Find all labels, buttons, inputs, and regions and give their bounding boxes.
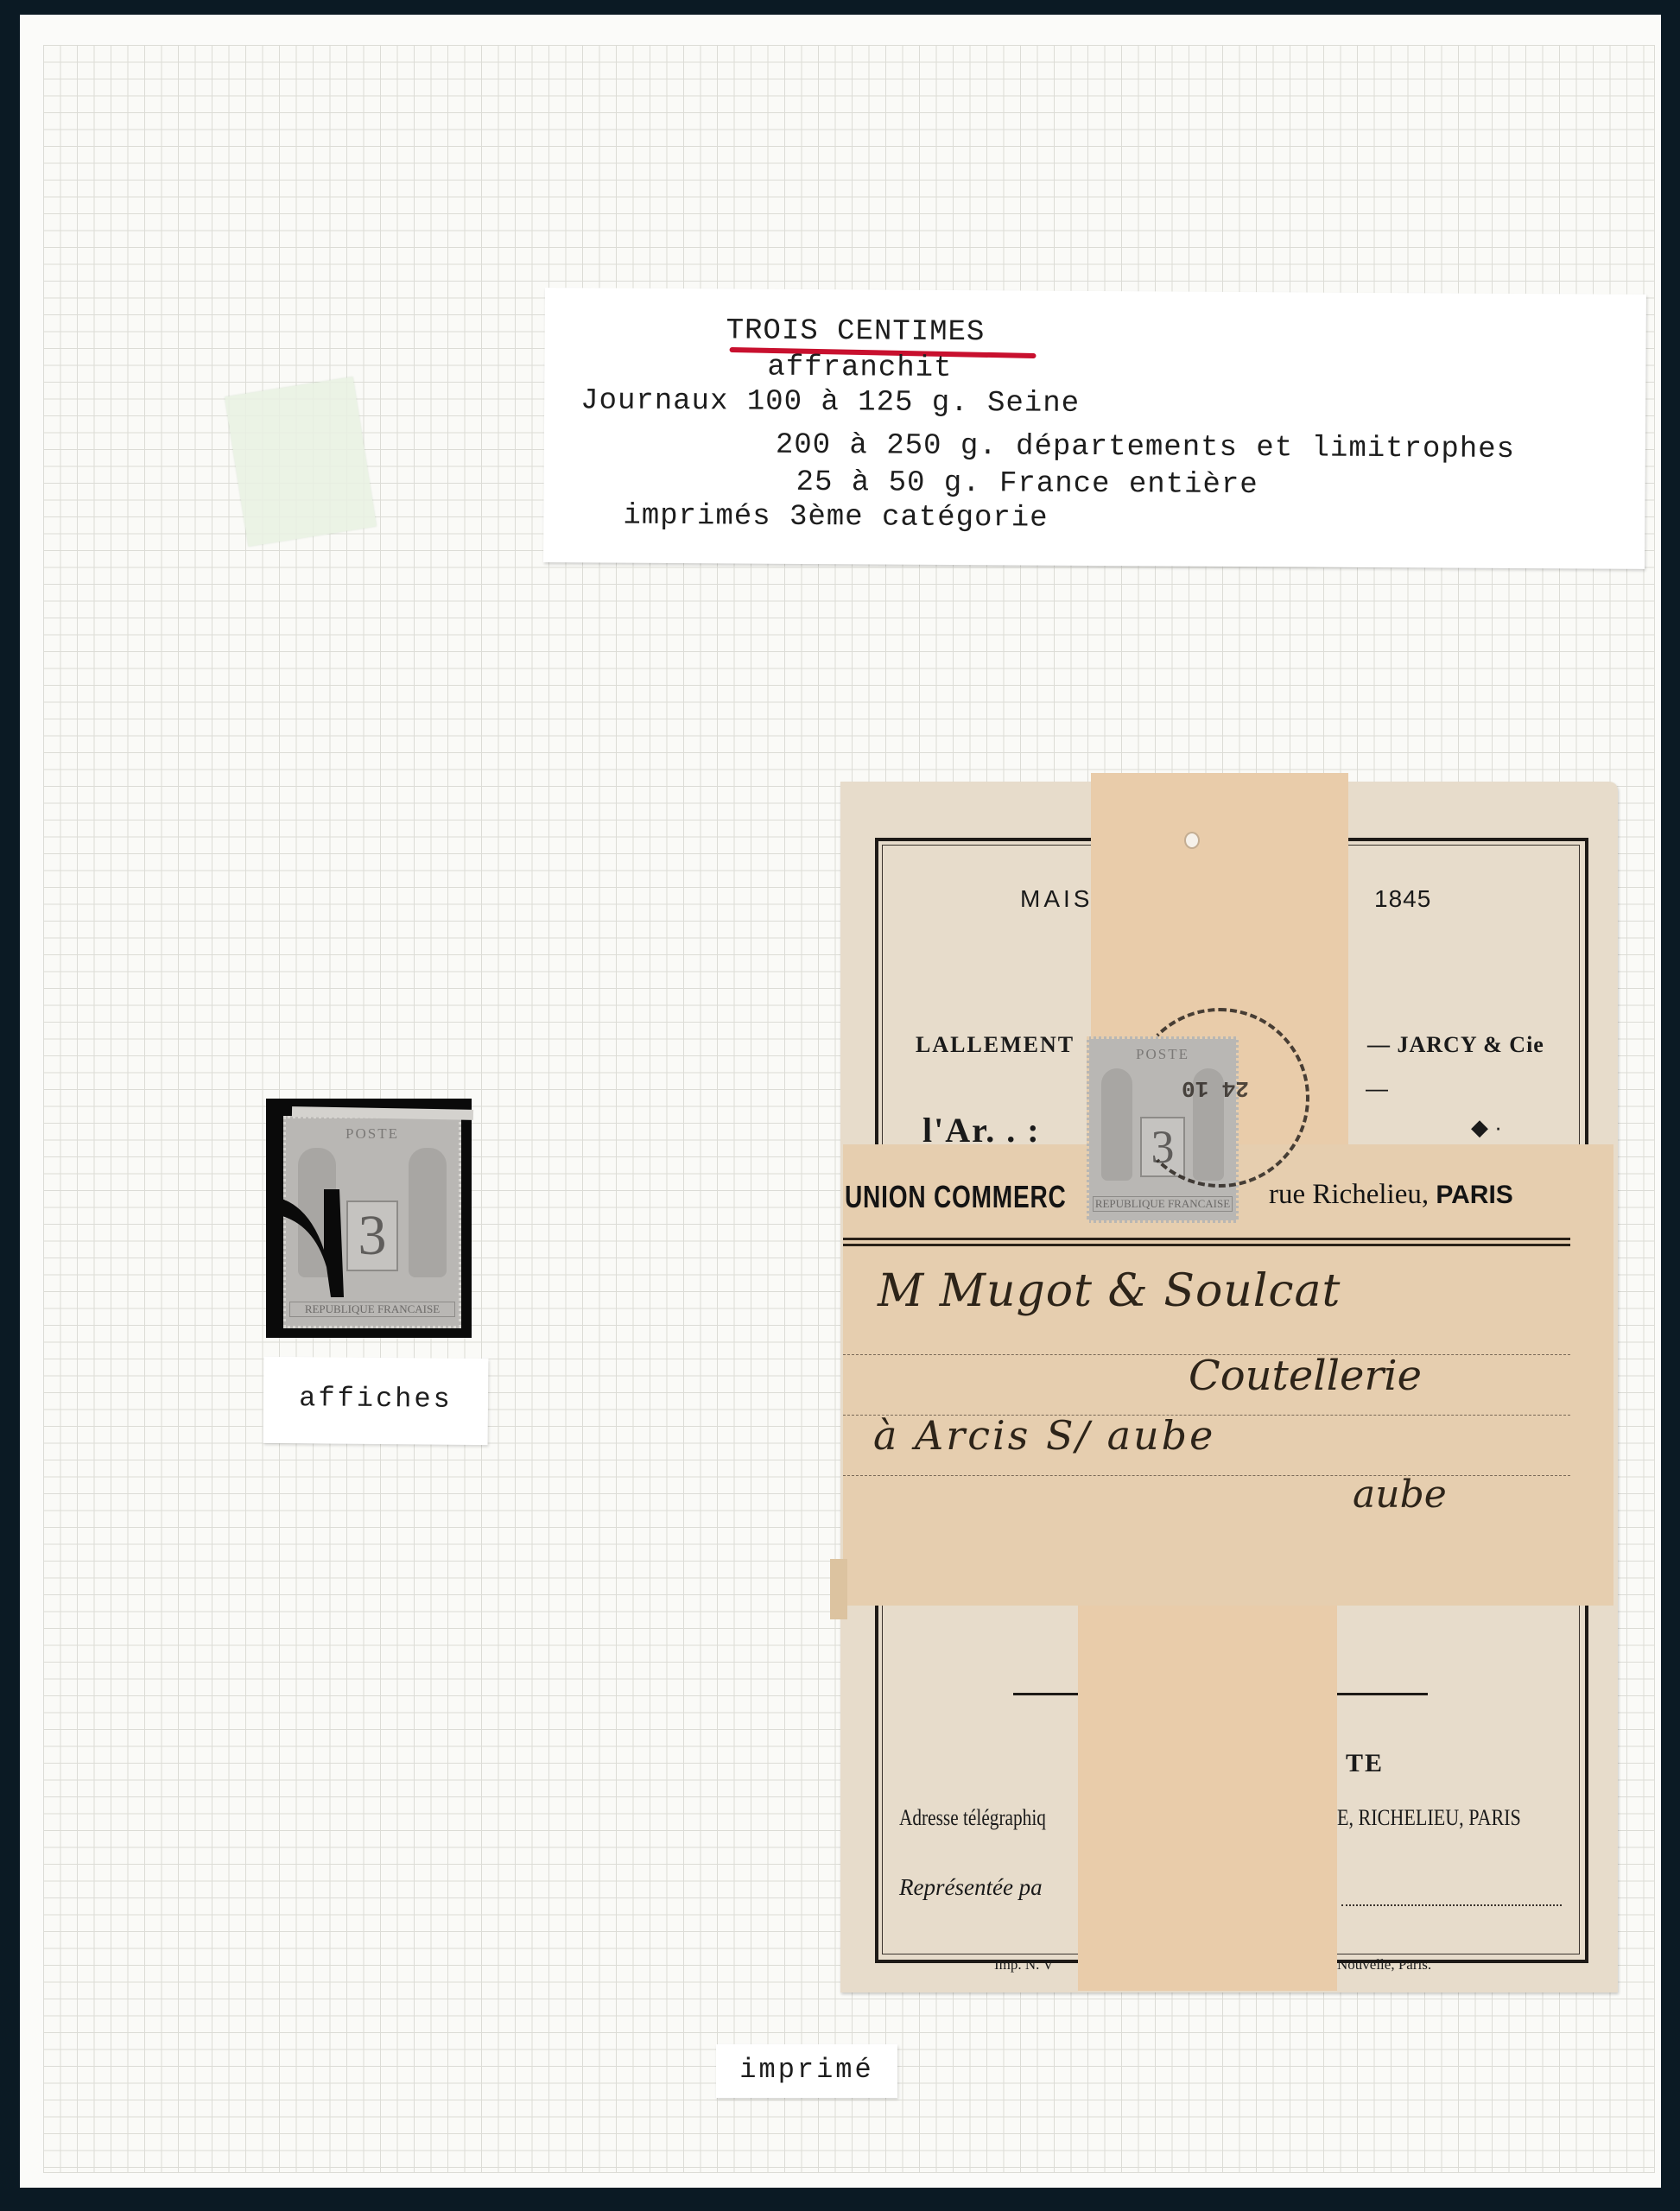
label-affiches: affiches (263, 1357, 489, 1445)
postmark-date: 24 10 (1182, 1075, 1249, 1101)
cancel-mark-icon (279, 1189, 365, 1310)
card-header-year: 1845 (1374, 885, 1431, 913)
wrapper-rule (843, 1244, 1570, 1246)
document-card: MAIS 1845 LALLEMENT — JARCY & Cie — l'Ar… (840, 782, 1618, 1992)
stamp-country-text: REPUBLIQUE FRANCAISE (1093, 1196, 1233, 1212)
wrapper-sender: UNION COMMERC (845, 1179, 1067, 1215)
wrapper-band-bottom (1078, 1602, 1337, 1991)
album-page: TROIS CENTIMES affranchit Journaux 100 à… (20, 15, 1661, 2188)
address-line (843, 1475, 1570, 1476)
card-dash: — (1366, 1075, 1388, 1102)
card-header-left: MAIS (1020, 885, 1093, 913)
label-imprime: imprimé (716, 2044, 897, 2098)
card-firm-left: LALLEMENT (916, 1032, 1075, 1058)
card-telegraph-left: Adresse télégraphiq (899, 1805, 1046, 1831)
wrapper-city: PARIS (1436, 1181, 1512, 1209)
title-line: imprimés 3ème catégorie (623, 500, 1049, 535)
card-imprint-left: Imp. N. V (994, 1956, 1054, 1973)
punch-hole (1186, 833, 1198, 847)
handwritten-town: à Arcis S/ aube (873, 1412, 1215, 1459)
title-line: 25 à 50 g. France entière (796, 466, 1258, 502)
wrapper-rule (843, 1238, 1570, 1240)
stamp-figure-peace (1101, 1068, 1132, 1181)
stamp-figure-commerce (409, 1148, 447, 1277)
card-represented: Représentée pa (899, 1874, 1043, 1901)
title-line: 200 à 250 g. départements et limitrophes (776, 429, 1515, 466)
card-dotted-line (1341, 1904, 1562, 1906)
stamp-poste-text: POSTE (286, 1125, 459, 1143)
handwritten-addressee: M Mugot & Soulcat (878, 1265, 1341, 1317)
card-subheading: TE (1346, 1749, 1384, 1778)
title-label: TROIS CENTIMES affranchit Journaux 100 à… (543, 288, 1646, 569)
wrapper-tab (830, 1559, 847, 1619)
card-telegraph-right: E, RICHELIEU, PARIS (1337, 1805, 1521, 1831)
title-line: Journaux 100 à 125 g. Seine (580, 384, 1080, 421)
handwritten-trade: Coutellerie (1189, 1352, 1422, 1400)
card-decorative-right: ◆ · (1471, 1114, 1502, 1141)
card-imprint-right: Nouvelle, Paris. (1337, 1956, 1431, 1973)
empty-stamp-hinge (225, 377, 377, 546)
handwritten-department: aube (1353, 1473, 1447, 1517)
wrapper-sender-street: rue Richelieu, PARIS (1269, 1179, 1513, 1211)
title-line: affranchit (767, 352, 952, 385)
card-firm-right: — JARCY & Cie (1367, 1032, 1544, 1058)
wrapper-street: rue Richelieu, (1269, 1179, 1429, 1210)
title-heading: TROIS CENTIMES (726, 314, 986, 349)
